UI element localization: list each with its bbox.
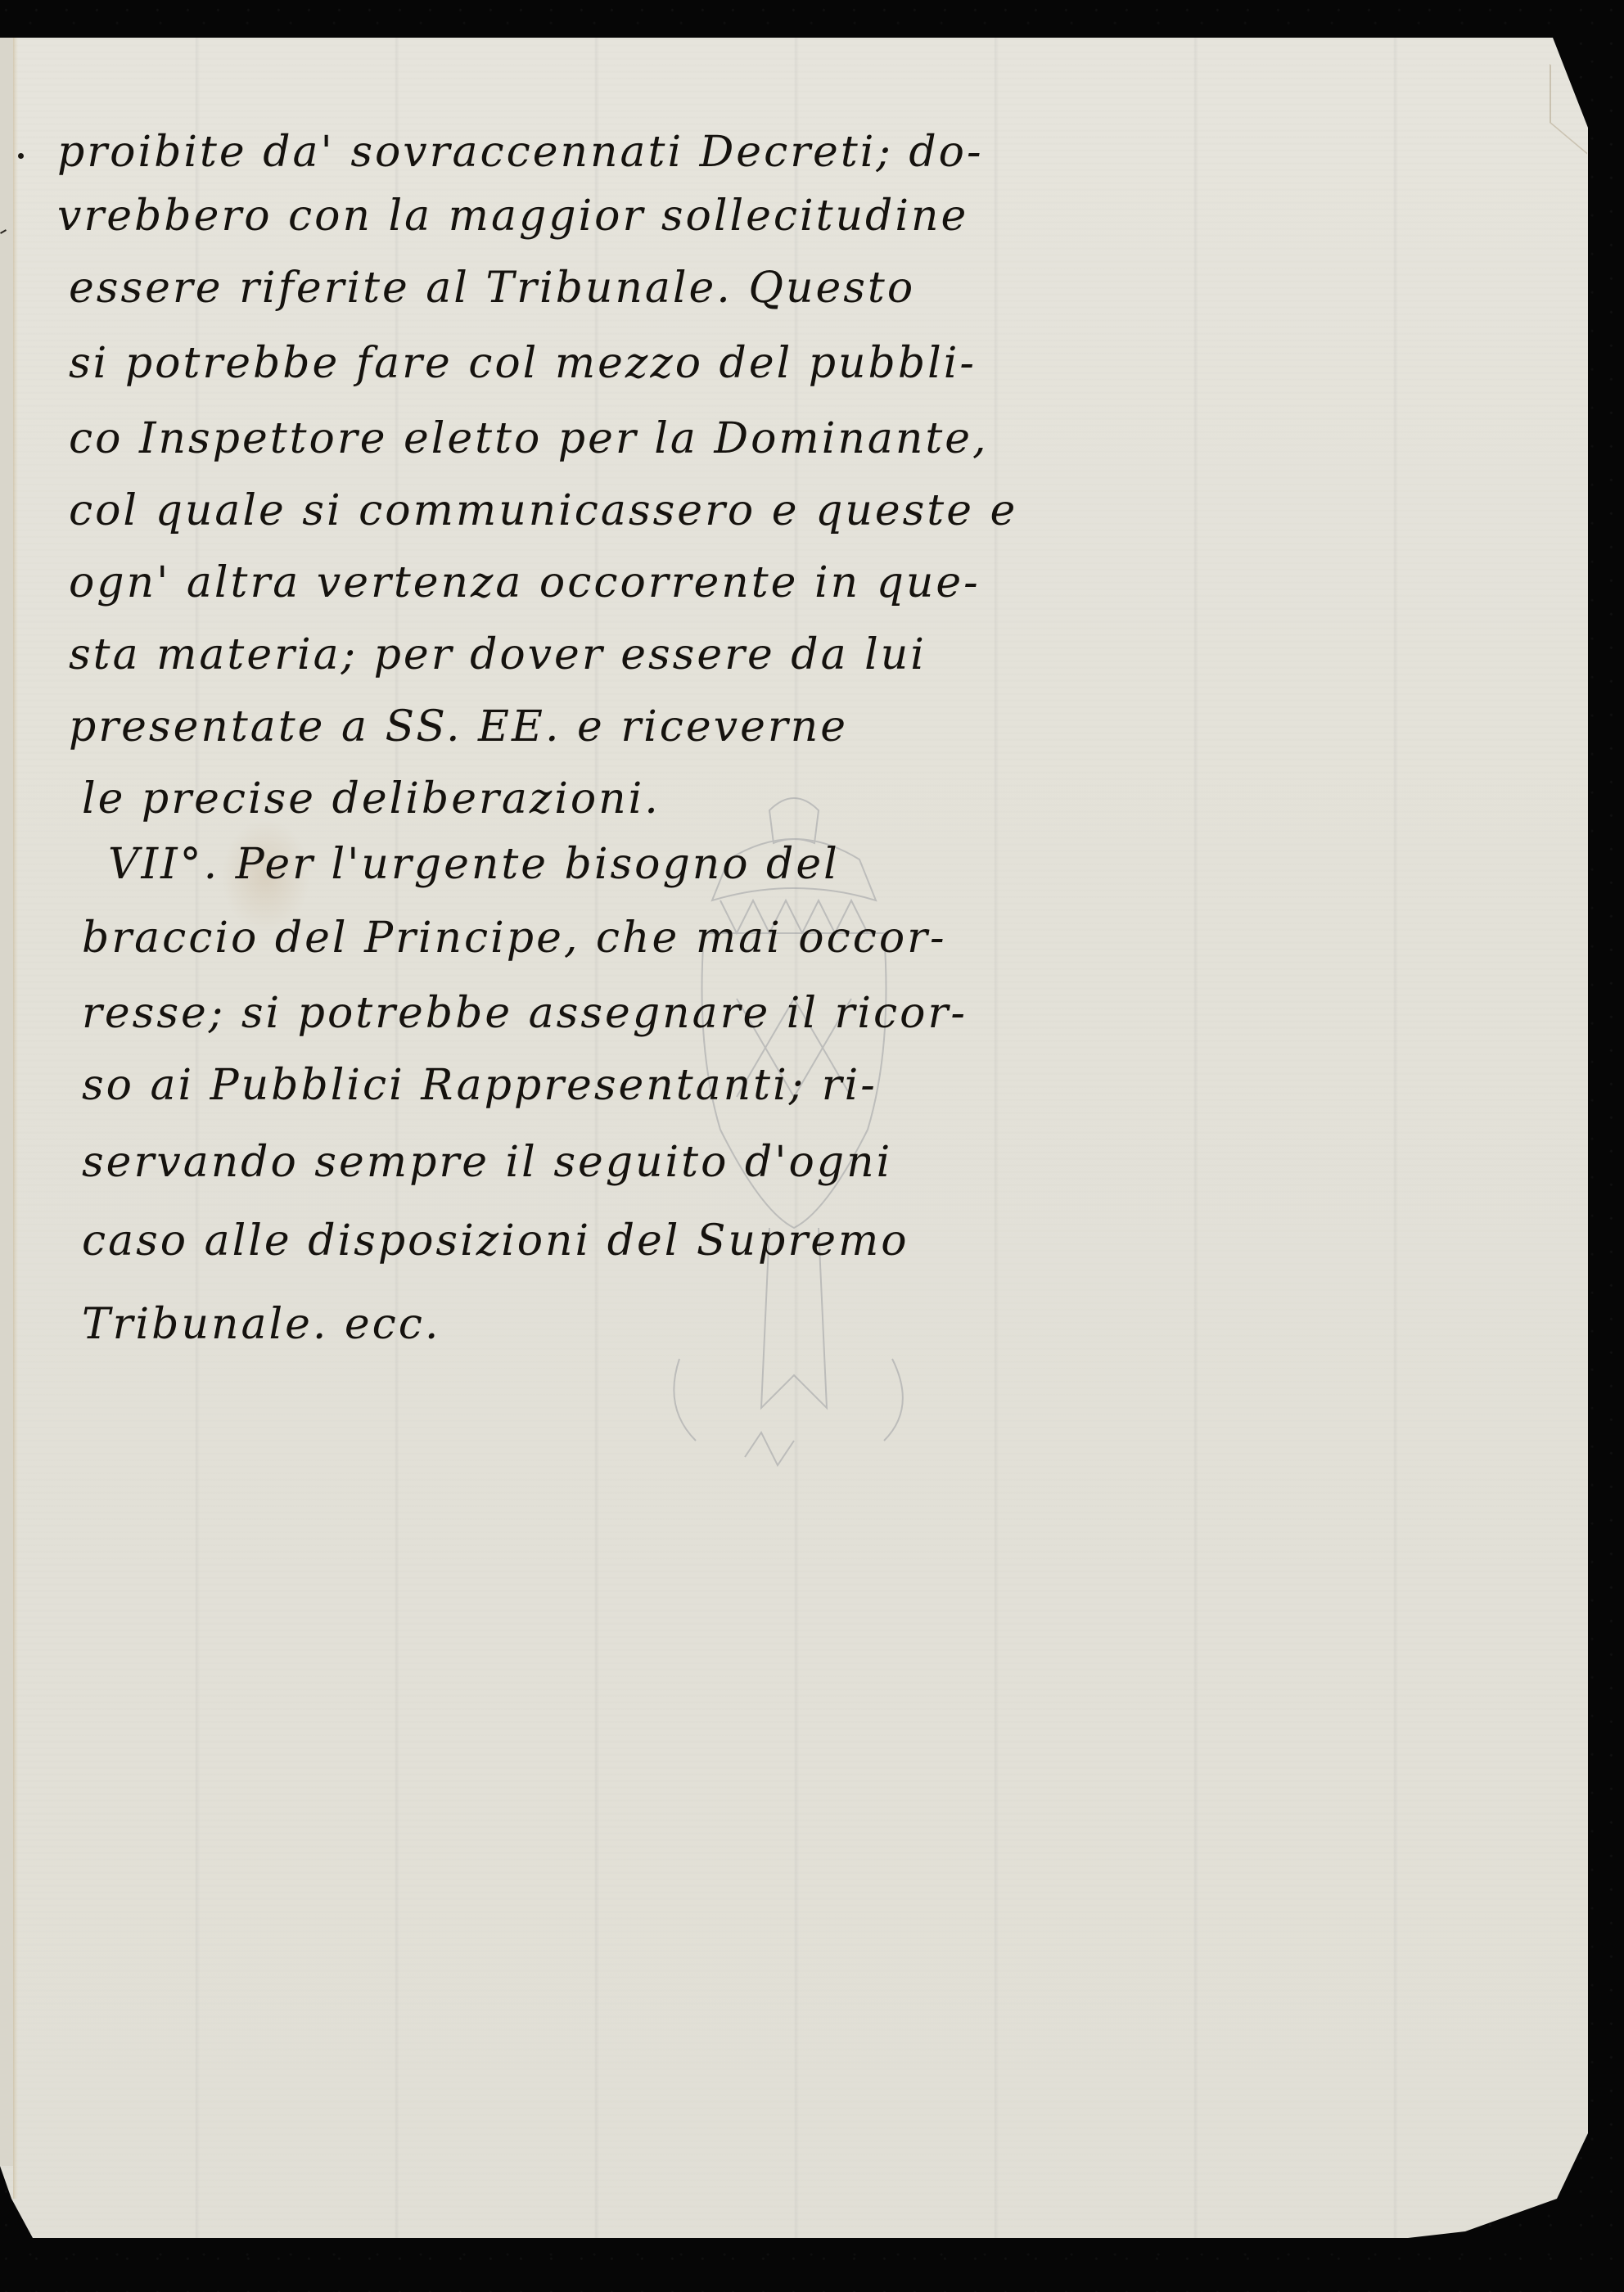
- facing-page-edge: [0, 38, 13, 2166]
- text-line: resse; si potrebbe assegnare il ricor-: [82, 992, 968, 1035]
- text-line: Tribunale. ecc.: [82, 1303, 440, 1346]
- text-line: co Inspettore eletto per la Dominante,: [69, 417, 989, 460]
- text-line: essere riferite al Tribunale. Questo: [69, 267, 915, 309]
- text-line: braccio del Principe, che mai occor-: [82, 917, 947, 959]
- text-line: servando sempre il seguito d'ogni: [82, 1141, 892, 1184]
- text-line: le precise deliberazioni.: [82, 778, 661, 820]
- margin-mark: [18, 153, 24, 159]
- text-line: ogn' altra vertenza occorrente in que-: [69, 562, 981, 604]
- text-line: so ai Pubblici Rappresentanti; ri-: [82, 1064, 877, 1107]
- text-line: sta materia; per dover essere da lui: [69, 634, 927, 676]
- text-line: si potrebbe fare col mezzo del pubbli-: [69, 342, 977, 385]
- text-line: caso alle disposizioni del Supremo: [82, 1220, 909, 1262]
- text-line: vrebbero con la maggior sollecitudine: [57, 195, 968, 237]
- section-heading-line: VII°. Per l'urgente bisogno del: [108, 843, 840, 886]
- binding-fold: [13, 38, 18, 2199]
- text-line: col quale si communicassero e queste e: [69, 490, 1017, 532]
- text-line: presentate a SS. EE. e riceverne: [69, 706, 848, 748]
- text-line: proibite da' sovraccennati Decreti; do-: [57, 131, 984, 174]
